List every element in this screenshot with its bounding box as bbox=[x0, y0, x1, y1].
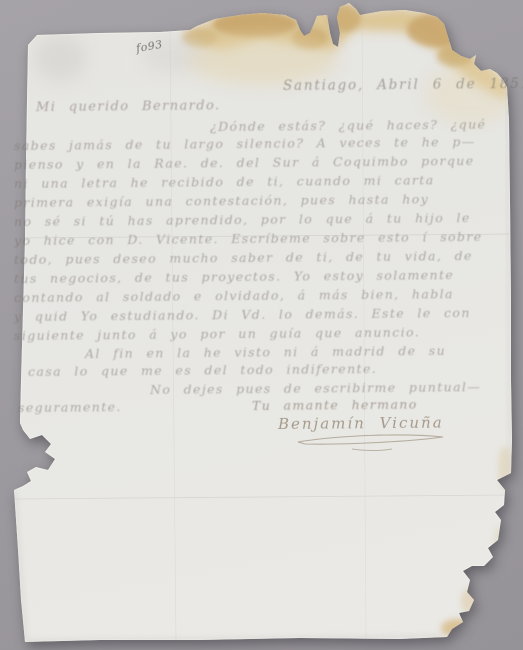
stain-wash bbox=[425, 65, 515, 125]
bottom-stain bbox=[461, 588, 479, 614]
letter-photograph: Santiago, Abril 6 de 1851.Mi querido Ber… bbox=[0, 0, 523, 650]
stain-accent bbox=[437, 45, 473, 67]
stain-wash bbox=[187, 32, 337, 84]
smudge bbox=[34, 35, 86, 81]
bottom-stain bbox=[441, 619, 475, 637]
paper-sheet-graphic bbox=[0, 0, 523, 650]
stain-accent bbox=[329, 4, 361, 32]
edge-stain bbox=[494, 526, 506, 558]
corner-stain bbox=[16, 7, 46, 25]
stain-accent bbox=[407, 13, 467, 47]
